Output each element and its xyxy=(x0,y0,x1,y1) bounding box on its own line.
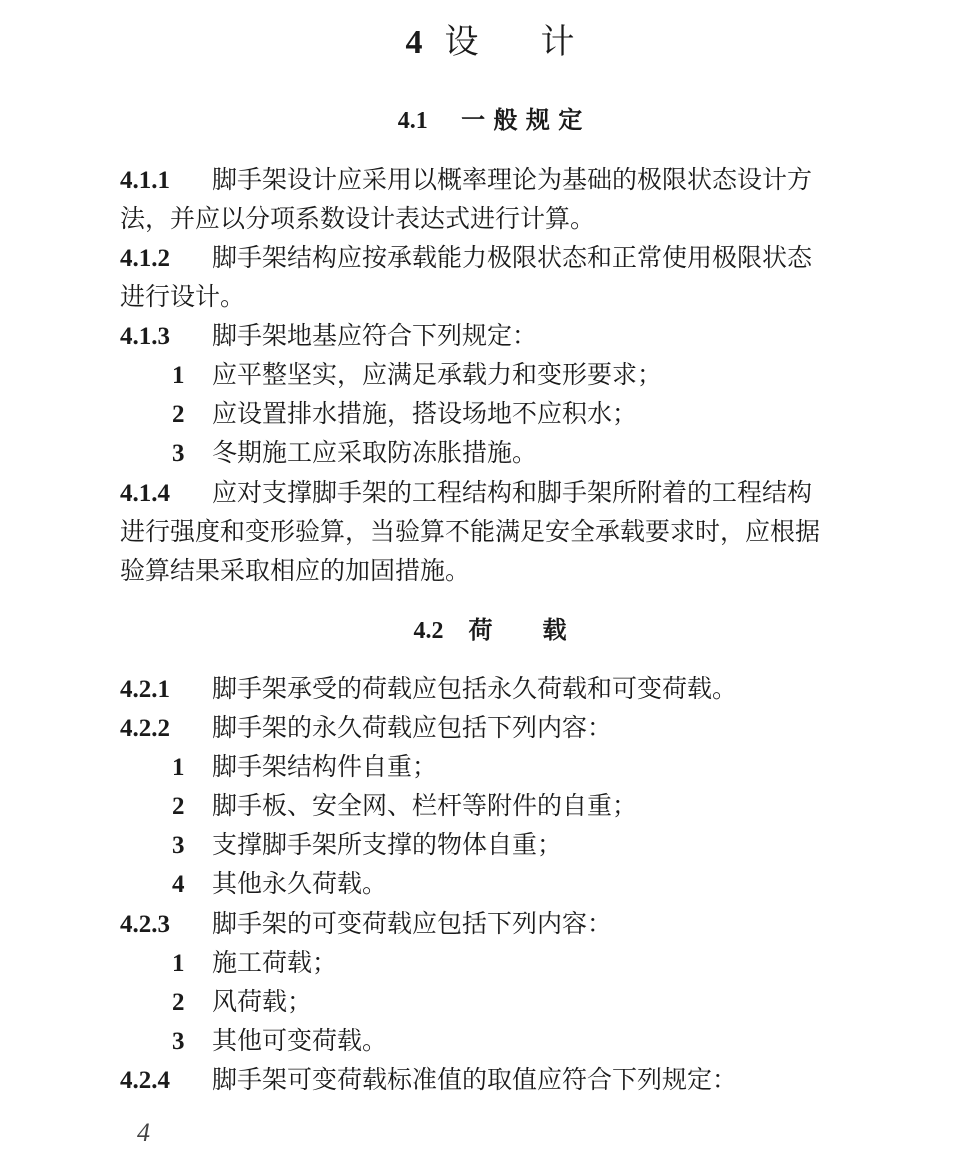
item-text: 脚手架结构件自重； xyxy=(212,752,437,781)
item-text: 支撑脚手架所支撑的物体自重； xyxy=(212,830,562,859)
list-item: 1应平整坚实，应满足承载力和变形要求； xyxy=(172,358,662,393)
clause-4-1-2: 4.1.2脚手架结构应按承载能力极限状态和正常使用极限状态 xyxy=(120,241,812,276)
item-number: 1 xyxy=(172,751,212,785)
list-item: 3冬期施工应采取防冻胀措施。 xyxy=(172,436,537,471)
clause-text: 脚手架的永久荷载应包括下列内容： xyxy=(212,713,612,742)
chapter-title-part-1: 设 xyxy=(445,22,479,62)
item-number: 3 xyxy=(172,829,212,863)
clause-number: 4.1.3 xyxy=(120,320,212,354)
clause-text: 应对支撑脚手架的工程结构和脚手架所附着的工程结构 xyxy=(212,478,812,507)
list-item: 1施工荷载； xyxy=(172,946,337,981)
clause-4-1-3: 4.1.3脚手架地基应符合下列规定： xyxy=(120,319,537,354)
clause-4-2-2: 4.2.2脚手架的永久荷载应包括下列内容： xyxy=(120,711,612,746)
chapter-number: 4 xyxy=(406,24,423,61)
clause-4-1-4-continuation-2: 验算结果采取相应的加固措施。 xyxy=(120,554,470,588)
clause-text: 脚手架结构应按承载能力极限状态和正常使用极限状态 xyxy=(212,243,812,272)
section-title-4-1: 4.1 一 般 规 定 xyxy=(0,103,980,138)
item-text: 其他永久荷载。 xyxy=(212,869,387,898)
section-title-text: 一 般 规 定 xyxy=(461,105,582,134)
clause-4-1-1: 4.1.1脚手架设计应采用以概率理论为基础的极限状态设计方 xyxy=(120,163,812,198)
item-number: 1 xyxy=(172,359,212,393)
clause-text: 脚手架的可变荷载应包括下列内容： xyxy=(212,909,612,938)
clause-4-2-1: 4.2.1脚手架承受的荷载应包括永久荷载和可变荷载。 xyxy=(120,672,737,707)
clause-number: 4.2.3 xyxy=(120,908,212,942)
clause-4-1-2-continuation: 进行设计。 xyxy=(120,280,245,314)
list-item: 2风荷载； xyxy=(172,985,312,1020)
chapter-title-part-2: 计 xyxy=(541,22,575,62)
clause-4-2-3: 4.2.3脚手架的可变荷载应包括下列内容： xyxy=(120,907,612,942)
section-title-part-1: 荷 xyxy=(469,615,493,644)
clause-number: 4.1.4 xyxy=(120,477,212,511)
clause-number: 4.2.2 xyxy=(120,712,212,746)
clause-number: 4.1.1 xyxy=(120,164,212,198)
page-number: 4 xyxy=(137,1118,150,1148)
item-number: 2 xyxy=(172,986,212,1020)
item-text: 风荷载； xyxy=(212,987,312,1016)
item-number: 2 xyxy=(172,398,212,432)
clause-4-1-1-continuation: 法，并应以分项系数设计表达式进行计算。 xyxy=(120,202,595,236)
clause-4-2-4: 4.2.4脚手架可变荷载标准值的取值应符合下列规定： xyxy=(120,1063,737,1098)
item-number: 1 xyxy=(172,947,212,981)
chapter-title: 4设计 xyxy=(0,18,980,67)
clause-number: 4.1.2 xyxy=(120,242,212,276)
clause-text: 脚手架可变荷载标准值的取值应符合下列规定： xyxy=(212,1065,737,1094)
item-text: 应平整坚实，应满足承载力和变形要求； xyxy=(212,360,662,389)
list-item: 1脚手架结构件自重； xyxy=(172,750,437,785)
list-item: 3其他可变荷载。 xyxy=(172,1024,387,1059)
item-number: 3 xyxy=(172,437,212,471)
section-title-4-2: 4.2 荷载 xyxy=(0,613,980,648)
section-number: 4.1 xyxy=(398,108,428,134)
section-title-part-2: 载 xyxy=(543,615,567,644)
clause-number: 4.2.4 xyxy=(120,1064,212,1098)
item-text: 冬期施工应采取防冻胀措施。 xyxy=(212,438,537,467)
item-number: 2 xyxy=(172,790,212,824)
list-item: 2脚手板、安全网、栏杆等附件的自重； xyxy=(172,789,637,824)
item-number: 3 xyxy=(172,1025,212,1059)
item-text: 应设置排水措施，搭设场地不应积水； xyxy=(212,399,637,428)
section-number: 4.2 xyxy=(413,618,443,644)
clause-text: 脚手架地基应符合下列规定： xyxy=(212,321,537,350)
item-text: 其他可变荷载。 xyxy=(212,1026,387,1055)
clause-text: 脚手架设计应采用以概率理论为基础的极限状态设计方 xyxy=(212,165,812,194)
clause-number: 4.2.1 xyxy=(120,673,212,707)
list-item: 2应设置排水措施，搭设场地不应积水； xyxy=(172,397,637,432)
list-item: 4其他永久荷载。 xyxy=(172,867,387,902)
item-text: 脚手板、安全网、栏杆等附件的自重； xyxy=(212,791,637,820)
clause-4-1-4-continuation-1: 进行强度和变形验算，当验算不能满足安全承载要求时，应根据 xyxy=(120,515,820,549)
item-number: 4 xyxy=(172,868,212,902)
item-text: 施工荷载； xyxy=(212,948,337,977)
clause-4-1-4: 4.1.4应对支撑脚手架的工程结构和脚手架所附着的工程结构 xyxy=(120,476,812,511)
clause-text: 脚手架承受的荷载应包括永久荷载和可变荷载。 xyxy=(212,674,737,703)
list-item: 3支撑脚手架所支撑的物体自重； xyxy=(172,828,562,863)
